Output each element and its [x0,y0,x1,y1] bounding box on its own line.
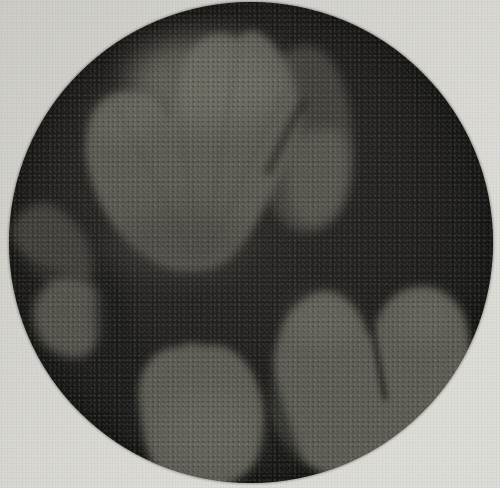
leaf-main-highlight-top [127,38,283,126]
leaf-main-highlight-left [92,98,152,142]
leaves-illustration [9,2,493,483]
stem-shadow-wedge [97,268,149,446]
scanned-photo-plate [0,0,500,488]
leaf-bottom-right-highlight-left-lobe [288,294,356,346]
leaf-bottom-center-highlight [162,388,258,472]
leaf-bottom-right-highlight-right-lobe [394,292,454,344]
leaf-main-shadow-base [110,208,250,276]
leaf-bottom-left [33,278,108,358]
photo-circle [9,2,493,483]
